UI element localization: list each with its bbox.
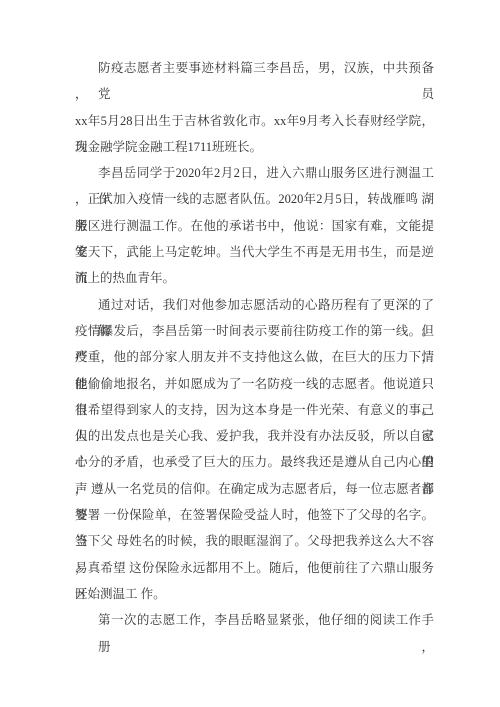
text-line: 开始测温工 作。	[75, 581, 434, 607]
text-line: 防疫志愿者主要事迹材料篇三李昌岳，男，汉族，中共预备党员	[75, 55, 434, 81]
document-page: 防疫志愿者主要事迹材料篇三李昌岳，男，汉族，中共预备党员，xx年5月28日出生于…	[0, 0, 500, 707]
text-line: 签下父 母姓名的时候，我的眼眶湿润了。父母把我养这么大不容易	[75, 528, 434, 554]
text-line: 人的出发点也是关心我、爱护我，我并没有办法反驳，所以自己心里	[75, 423, 434, 449]
text-line: 疫情爆发后，李昌岳第一时间表示要前往防疫工作的第一线。但疫情	[75, 318, 434, 344]
text-line: xx年5月28日出生于吉林省敦化市。xx年9月考入长春财经学院， 现	[75, 108, 434, 134]
text-line: 通过对话，我们对他参加志愿活动的心路历程有了更深的了解。	[75, 292, 434, 318]
text-line: 签署 一份保险单，在签署保险受益人时，他签下了父母的名字。当	[75, 502, 434, 528]
text-line: 十分的矛盾，也承受了巨大的压力。最终我还是遵从自己内心的声音	[75, 449, 434, 475]
text-line: 为金融学院金融工程1711班班长。	[75, 134, 434, 160]
text-line: ，真希望 这份保险永远都用不上。随后，他便前往了六鼎山服务区	[75, 555, 434, 581]
text-line: ， 遵从一名党员的信仰。在确定成为志愿者后，每一位志愿者都要	[75, 476, 434, 502]
text-line: 第一次的志愿工作，李昌岳略显紧张，他仔细的阅读工作手册，	[75, 607, 434, 633]
document-text: 防疫志愿者主要事迹材料篇三李昌岳，男，汉族，中共预备党员，xx年5月28日出生于…	[75, 55, 434, 634]
text-line: 安天下，武能上马定乾坤。当代大学生不再是无用书生，而是逆流	[75, 239, 434, 265]
text-line: 而上的热血青年。	[75, 265, 434, 291]
text-line: 李昌岳同学于2020年2月2日，进入六鼎山服务区进行测温工 作	[75, 160, 434, 186]
text-line: ，正式加入疫情一线的志愿者队伍。2020年2月5日，转战雁鸣 湖服	[75, 186, 434, 212]
text-line: 能偷偷地报名，并如愿成为了一名防疫一线的志愿者。他说道：自己	[75, 371, 434, 397]
text-line: 很希望得到家人的支持，因为这本身是一件光荣、有意义的事。但家	[75, 397, 434, 423]
text-line: 严重，他的部分家人朋友并不支持他这么做，在巨大的压力下，他只	[75, 344, 434, 370]
text-line: 务区进行测温工作。在他的承诺书中，他说：国家有难，文能提 笔	[75, 213, 434, 239]
